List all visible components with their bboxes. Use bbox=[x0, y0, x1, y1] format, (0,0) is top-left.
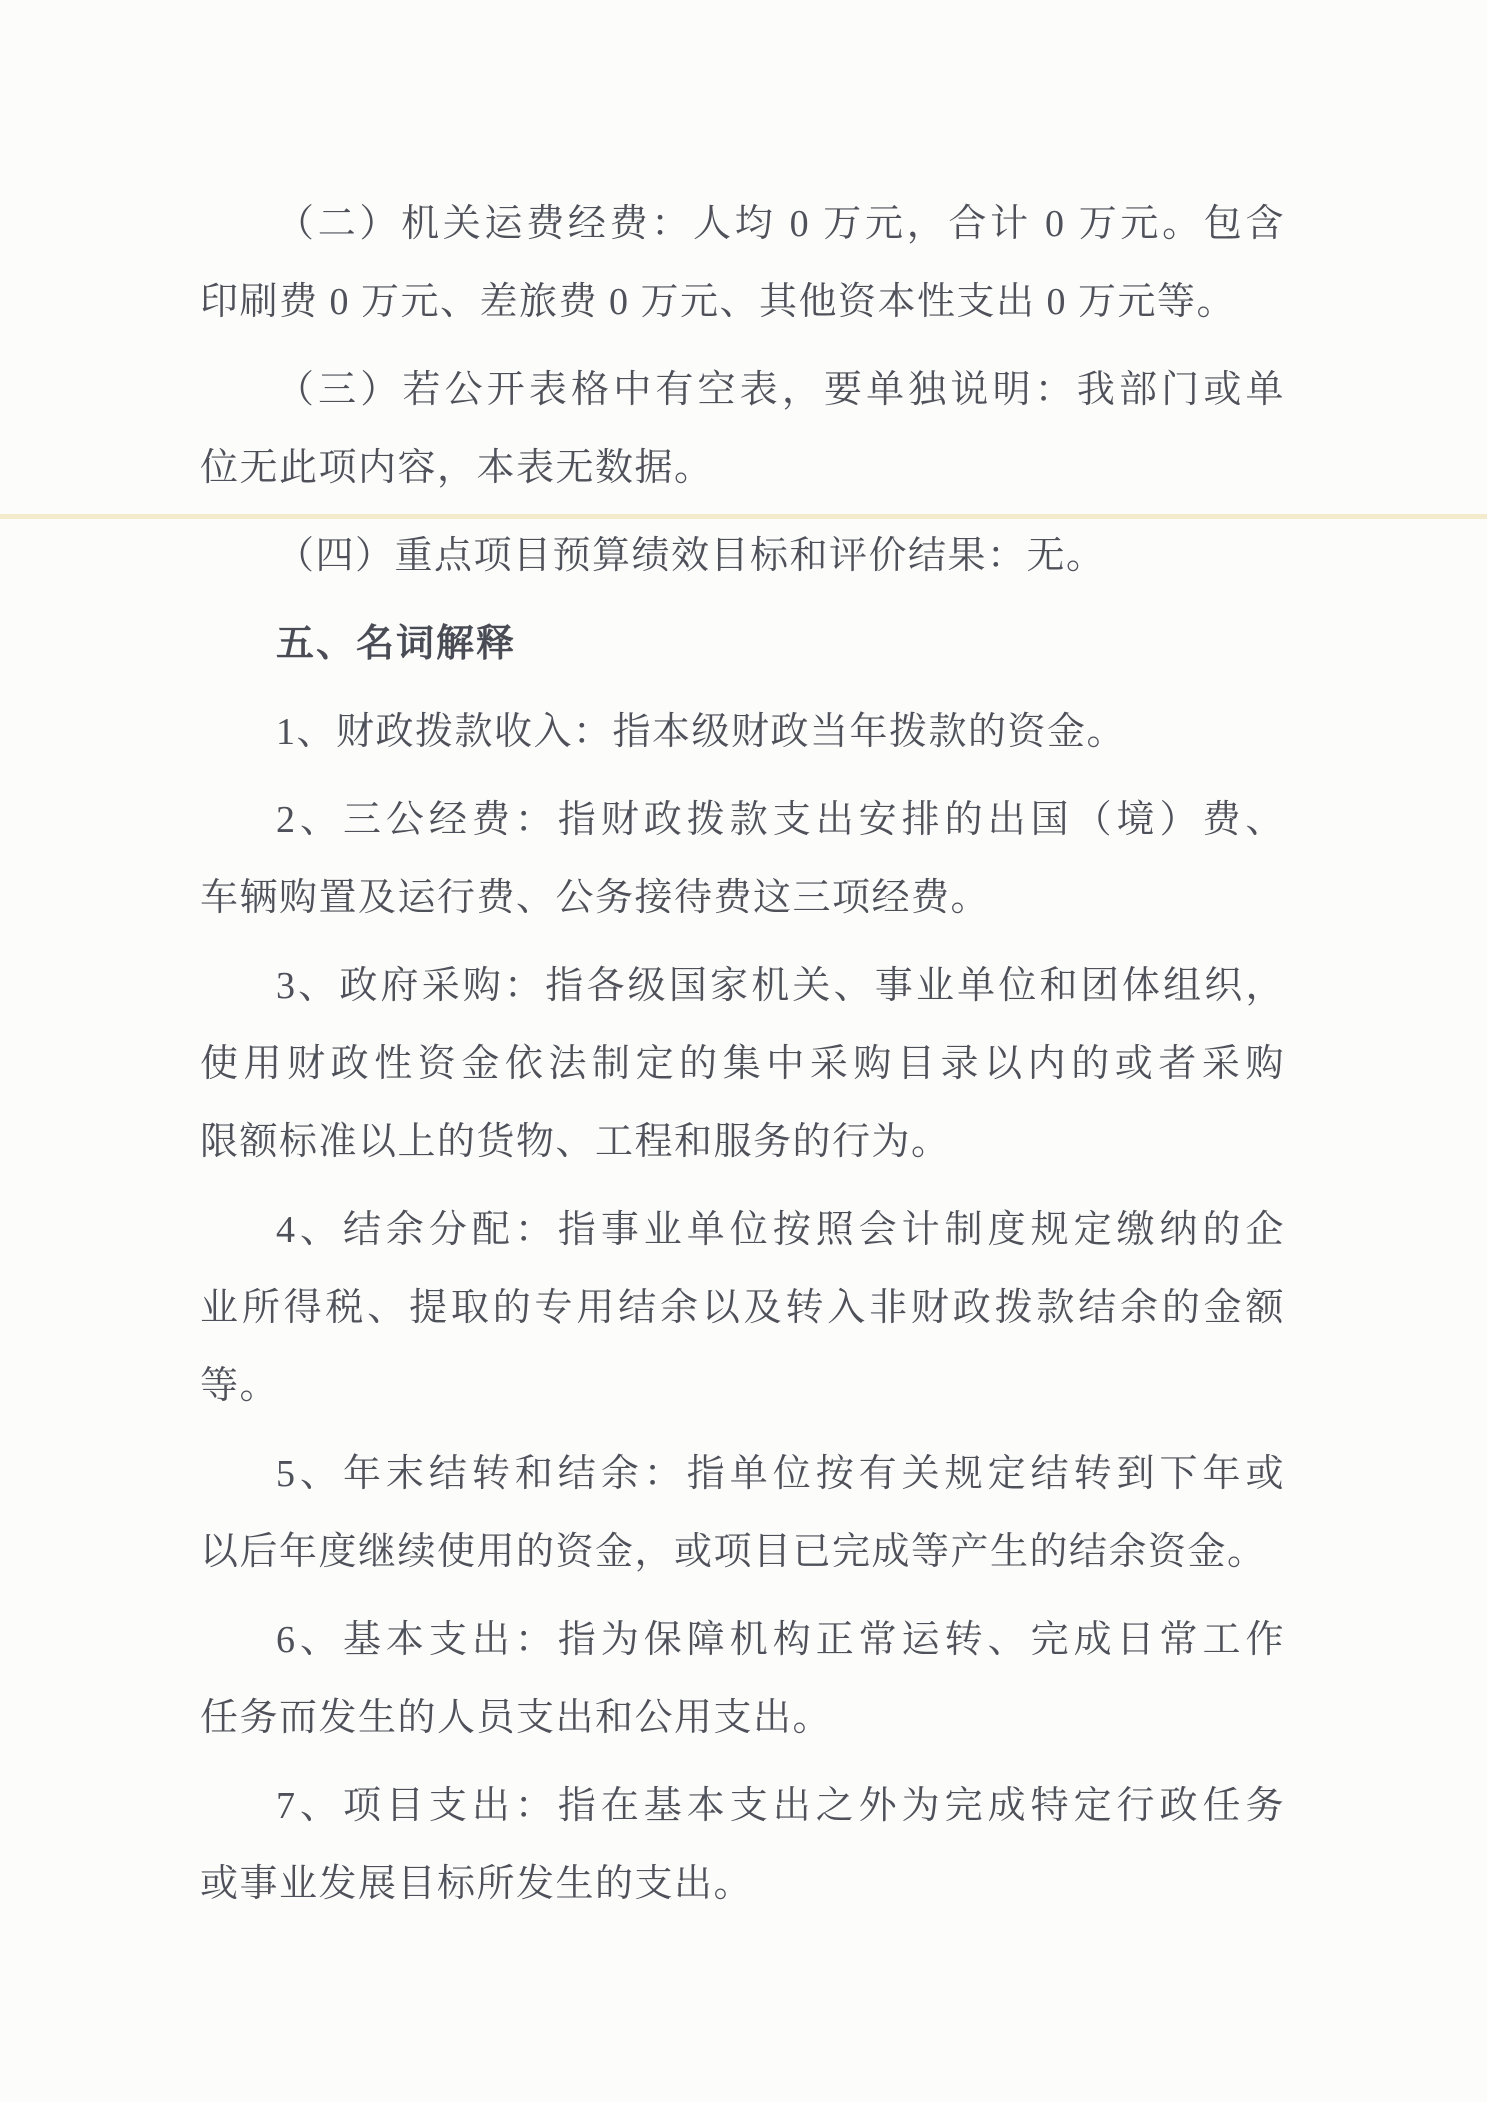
paragraph-line: 位无此项内容，本表无数据。 bbox=[200, 429, 1285, 507]
paragraph-line: （三）若公开表格中有空表，要单独说明：我部门或单 bbox=[200, 351, 1285, 429]
definition-item-1: 1、财政拨款收入：指本级财政当年拨款的资金。 bbox=[200, 693, 1285, 771]
paragraph-line: （二）机关运费经费：人均 0 万元，合计 0 万元。包含 bbox=[200, 185, 1285, 263]
section-heading-text: 五、名词解释 bbox=[200, 605, 1285, 683]
definition-item-6: 6、基本支出：指为保障机构正常运转、完成日常工作 任务而发生的人员支出和公用支出… bbox=[200, 1601, 1285, 1757]
definition-item-4: 4、结余分配：指事业单位按照会计制度规定缴纳的企 业所得税、提取的专用结余以及转… bbox=[200, 1191, 1285, 1425]
paragraph-line: （四）重点项目预算绩效目标和评价结果：无。 bbox=[200, 517, 1285, 595]
definition-item-3: 3、政府采购：指各级国家机关、事业单位和团体组织， 使用财政性资金依法制定的集中… bbox=[200, 947, 1285, 1181]
paragraph-item-4: （四）重点项目预算绩效目标和评价结果：无。 bbox=[200, 517, 1285, 595]
definition-line: 3、政府采购：指各级国家机关、事业单位和团体组织， bbox=[200, 947, 1285, 1025]
definition-line: 等。 bbox=[200, 1347, 1285, 1425]
definition-line: 6、基本支出：指为保障机构正常运转、完成日常工作 bbox=[200, 1601, 1285, 1679]
definition-line: 5、年末结转和结余：指单位按有关规定结转到下年或 bbox=[200, 1435, 1285, 1513]
definition-line: 7、项目支出：指在基本支出之外为完成特定行政任务 bbox=[200, 1767, 1285, 1845]
definition-line: 车辆购置及运行费、公务接待费这三项经费。 bbox=[200, 859, 1285, 937]
document-body: （二）机关运费经费：人均 0 万元，合计 0 万元。包含 印刷费 0 万元、差旅… bbox=[200, 185, 1285, 1933]
definition-item-5: 5、年末结转和结余：指单位按有关规定结转到下年或 以后年度继续使用的资金，或项目… bbox=[200, 1435, 1285, 1591]
definition-line: 以后年度继续使用的资金，或项目已完成等产生的结余资金。 bbox=[200, 1513, 1285, 1591]
paragraph-item-3: （三）若公开表格中有空表，要单独说明：我部门或单 位无此项内容，本表无数据。 bbox=[200, 351, 1285, 507]
definition-line: 4、结余分配：指事业单位按照会计制度规定缴纳的企 bbox=[200, 1191, 1285, 1269]
section-heading: 五、名词解释 bbox=[200, 605, 1285, 683]
scanned-document-page: （二）机关运费经费：人均 0 万元，合计 0 万元。包含 印刷费 0 万元、差旅… bbox=[0, 0, 1487, 2102]
definition-line: 使用财政性资金依法制定的集中采购目录以内的或者采购 bbox=[200, 1025, 1285, 1103]
definition-line: 1、财政拨款收入：指本级财政当年拨款的资金。 bbox=[200, 693, 1285, 771]
definition-line: 业所得税、提取的专用结余以及转入非财政拨款结余的金额 bbox=[200, 1269, 1285, 1347]
definition-line: 或事业发展目标所发生的支出。 bbox=[200, 1845, 1285, 1923]
paragraph-line: 印刷费 0 万元、差旅费 0 万元、其他资本性支出 0 万元等。 bbox=[200, 263, 1285, 341]
paragraph-item-2: （二）机关运费经费：人均 0 万元，合计 0 万元。包含 印刷费 0 万元、差旅… bbox=[200, 185, 1285, 341]
definition-line: 任务而发生的人员支出和公用支出。 bbox=[200, 1679, 1285, 1757]
definition-item-2: 2、三公经费：指财政拨款支出安排的出国（境）费、 车辆购置及运行费、公务接待费这… bbox=[200, 781, 1285, 937]
definition-item-7: 7、项目支出：指在基本支出之外为完成特定行政任务 或事业发展目标所发生的支出。 bbox=[200, 1767, 1285, 1923]
definition-line: 限额标准以上的货物、工程和服务的行为。 bbox=[200, 1103, 1285, 1181]
definition-line: 2、三公经费：指财政拨款支出安排的出国（境）费、 bbox=[200, 781, 1285, 859]
